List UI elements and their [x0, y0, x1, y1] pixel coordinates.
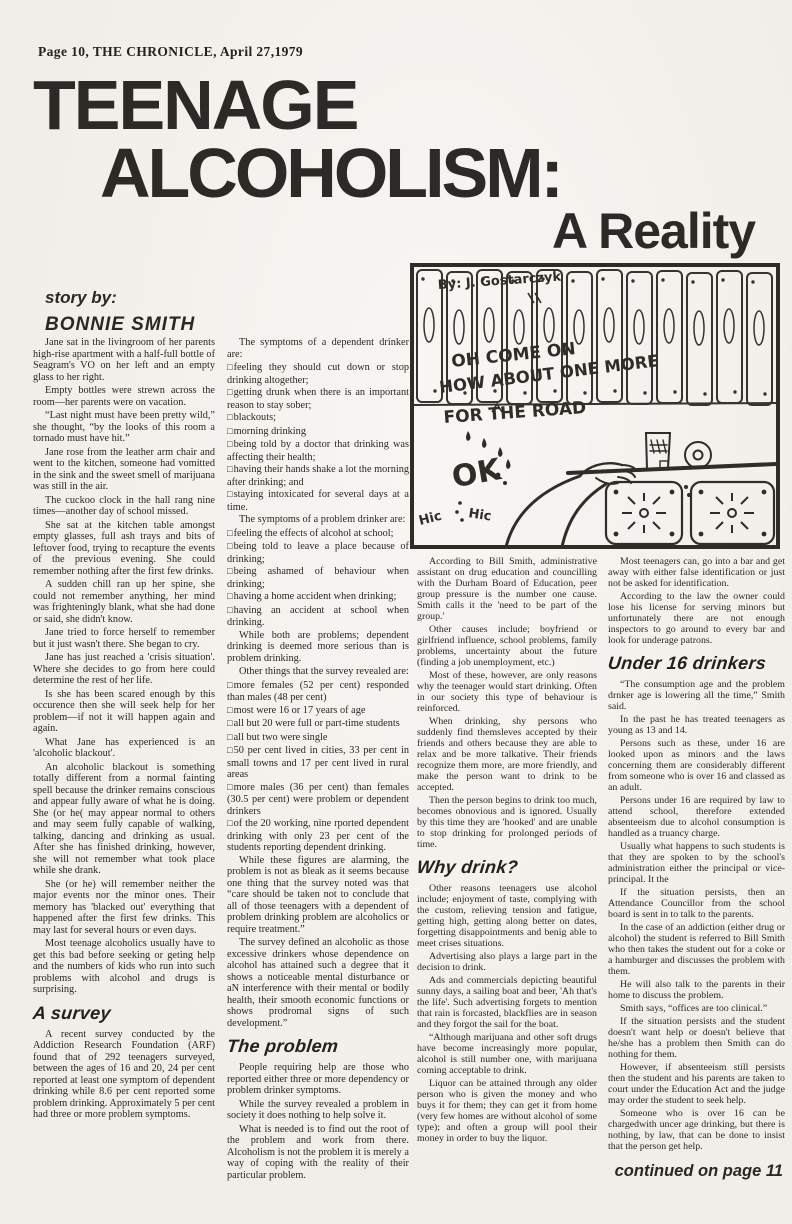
- paragraph: An alcoholic blackout is something total…: [33, 762, 215, 877]
- checklist-item: □blackouts;: [227, 412, 409, 425]
- paragraph: What is needed is to find out the root o…: [227, 1124, 409, 1182]
- paragraph: Other things that the survey revealed ar…: [227, 666, 409, 678]
- paragraph: Usually what happens to such students is…: [608, 841, 785, 885]
- paragraph: She sat at the kitchen table amongst emp…: [33, 520, 215, 578]
- masthead: Page 10, THE CHRONICLE, April 27,1979: [38, 44, 303, 60]
- paragraph: The survey defined an alcoholic as those…: [227, 937, 409, 1029]
- checkbox-icon: □: [227, 427, 233, 439]
- starburst-tables-drawing: [606, 482, 774, 544]
- checkbox-icon: □: [227, 413, 233, 425]
- paragraph: “Although marijuana and other soft drugs…: [417, 1032, 597, 1076]
- paragraph: Empty bottles were strewn across the roo…: [33, 385, 215, 408]
- paragraph: Advertising also plays a large part in t…: [417, 951, 597, 973]
- checklist-item: □more females (52 per cent) responded th…: [227, 680, 409, 704]
- section-heading: A survey: [32, 1003, 216, 1024]
- paragraph: Smith says, “offices are too clinical.”: [608, 1003, 785, 1014]
- section-heading: Why drink?: [416, 857, 598, 878]
- checklist-item: □getting drunk when there is an importan…: [227, 387, 409, 411]
- byline-name: BONNIE SMITH: [45, 314, 195, 336]
- column-1: Jane sat in the livingroom of her parent…: [33, 337, 215, 1123]
- paragraph: Liquor can be attained through any older…: [417, 1078, 597, 1144]
- checklist-item: □of the 20 working, nine rported depende…: [227, 818, 409, 854]
- checklist-item: □more males (36 per cent) than females (…: [227, 782, 409, 818]
- paragraph: Jane sat in the livingroom of her parent…: [33, 337, 215, 383]
- checklist-item: □being told to leave a place because of …: [227, 541, 409, 565]
- checkbox-icon: □: [227, 681, 233, 693]
- paragraph: He will also talk to the parents in thei…: [608, 979, 785, 1001]
- cartoon-hic-right: Hic: [467, 506, 492, 524]
- checklist-item: □all but two were single: [227, 732, 409, 745]
- checklist-item: □being told by a doctor that drinking wa…: [227, 439, 409, 463]
- column-2: The symptoms of a dependent drinker are:…: [227, 337, 409, 1183]
- column-1-flow: Jane sat in the livingroom of her parent…: [33, 337, 215, 1121]
- cartoon-credit: By: J. Gostarczyk: [437, 270, 562, 294]
- paragraph: Persons under 16 are required by law to …: [608, 795, 785, 839]
- paragraph: Persons such as these, under 16 are look…: [608, 738, 785, 793]
- paragraph: While the survey revealed a problem in s…: [227, 1099, 409, 1122]
- paragraph: In the case of an addiction (either drug…: [608, 922, 785, 977]
- paragraph: Most of these, however, are only reasons…: [417, 670, 597, 714]
- paragraph: A sudden chill ran up her spine, she cou…: [33, 579, 215, 625]
- checklist-item: □staying intoxicated for several days at…: [227, 489, 409, 513]
- paragraph: The symptoms of a dependent drinker are:: [227, 337, 409, 360]
- checkbox-icon: □: [227, 490, 233, 502]
- continued-notice: continued on page 11: [608, 1162, 785, 1181]
- checkbox-icon: □: [227, 440, 233, 452]
- cartoon-illustration: By: J. Gostarczyk OH COME ON HOW ABOUT O…: [410, 263, 780, 549]
- paragraph: Most teenage alcoholics usually have to …: [33, 938, 215, 996]
- checklist-item: □all but 20 were full or part-time stude…: [227, 718, 409, 731]
- cartoon-hic-left: Hic: [417, 509, 443, 529]
- paragraph: The cuckoo clock in the hall rang nine t…: [33, 495, 215, 518]
- paragraph: A recent survey conducted by the Addicti…: [33, 1029, 215, 1121]
- headline-line-2: ALCOHOLISM:: [100, 138, 561, 208]
- paragraph: However, if absenteeism still persists t…: [608, 1062, 785, 1106]
- checkbox-icon: □: [227, 733, 233, 745]
- checkbox-icon: □: [227, 542, 233, 554]
- paragraph: What Jane has experienced is an 'alcohol…: [33, 737, 215, 760]
- paragraph: According to the law the owner could los…: [608, 591, 785, 646]
- checklist-item: □feeling the effects of alcohol at schoo…: [227, 528, 409, 541]
- paragraph: While both are problems; dependent drink…: [227, 630, 409, 665]
- paragraph: In the past he has treated teenagers as …: [608, 714, 785, 736]
- paragraph: According to Bill Smith, administrative …: [417, 556, 597, 622]
- column-3: According to Bill Smith, administrative …: [417, 556, 597, 1146]
- byline-label: story by:: [45, 288, 117, 308]
- checklist-item: □having their hands shake a lot the morn…: [227, 464, 409, 488]
- cartoon-reply: OK: [449, 452, 505, 495]
- paragraph: “Last night must have been pretty wild,”…: [33, 410, 215, 445]
- paragraph: When drinking, shy persons who suddenly …: [417, 716, 597, 793]
- credit-flourish: [528, 293, 541, 303]
- checkbox-icon: □: [227, 529, 233, 541]
- paragraph: Jane rose from the leather arm chair and…: [33, 447, 215, 493]
- checkbox-icon: □: [227, 592, 233, 604]
- column-2-flow: The symptoms of a dependent drinker are:…: [227, 337, 409, 1181]
- checkbox-icon: □: [227, 706, 233, 718]
- paragraph: She (or he) will remember neither the ma…: [33, 879, 215, 937]
- cartoon-speech-line-3: FOR THE ROAD: [443, 398, 587, 428]
- paragraph: Then the person begins to drink too much…: [417, 795, 597, 850]
- checkbox-icon: □: [227, 719, 233, 731]
- section-heading: Under 16 drinkers: [607, 653, 786, 674]
- paragraph: Most teenagers can, go into a bar and ge…: [608, 556, 785, 589]
- checklist-item: □having an accident at school when drink…: [227, 605, 409, 629]
- paragraph: Ads and commercials depicting beautiful …: [417, 975, 597, 1030]
- newspaper-page: Page 10, THE CHRONICLE, April 27,1979 TE…: [0, 0, 792, 1224]
- checkbox-icon: □: [227, 783, 233, 795]
- checklist-item: □most were 16 or 17 years of age: [227, 705, 409, 718]
- paragraph: People requiring help are those who repo…: [227, 1062, 409, 1097]
- paragraph: If the situation persists, then an Atten…: [608, 887, 785, 920]
- paragraph: Jane has just reached a 'crisis situatio…: [33, 652, 215, 687]
- paragraph: Someone who is over 16 can be chargedwit…: [608, 1108, 785, 1152]
- column-4: Most teenagers can, go into a bar and ge…: [608, 556, 785, 1181]
- headline-line-3: A Reality: [552, 206, 755, 256]
- paragraph: Other reasons teenagers use alcohol incl…: [417, 883, 597, 949]
- checklist-item: □50 per cent lived in cities, 33 per cen…: [227, 745, 409, 781]
- paragraph: Is she has been scared enough by this oc…: [33, 689, 215, 735]
- ledge-and-glass-drawing: [568, 433, 776, 473]
- column-3-flow: According to Bill Smith, administrative …: [417, 556, 597, 1144]
- section-heading: The problem: [226, 1036, 410, 1057]
- checklist-item: □morning drinking: [227, 426, 409, 439]
- checkbox-icon: □: [227, 746, 233, 758]
- paragraph: Other causes include; boyfriend or girlf…: [417, 624, 597, 668]
- paragraph: “The consumption age and the problem drn…: [608, 679, 785, 712]
- checkbox-icon: □: [227, 567, 233, 579]
- checkbox-icon: □: [227, 465, 233, 477]
- paragraph: Jane tried to force herself to remember …: [33, 627, 215, 650]
- paragraph: The symptoms of a problem drinker are:: [227, 514, 409, 526]
- checklist-item: □being ashamed of behaviour when drinkin…: [227, 566, 409, 590]
- checklist-item: □feeling they should cut down or stop dr…: [227, 362, 409, 386]
- paragraph: While these figures are alarming, the pr…: [227, 855, 409, 936]
- checkbox-icon: □: [227, 363, 233, 375]
- checkbox-icon: □: [227, 388, 233, 400]
- checkbox-icon: □: [227, 819, 233, 831]
- column-4-flow: Most teenagers can, go into a bar and ge…: [608, 556, 785, 1152]
- headline-line-1: TEENAGE: [33, 70, 357, 140]
- paragraph: If the situation persists and the studen…: [608, 1016, 785, 1060]
- checklist-item: □having a home accident when drinking;: [227, 591, 409, 604]
- checkbox-icon: □: [227, 606, 233, 618]
